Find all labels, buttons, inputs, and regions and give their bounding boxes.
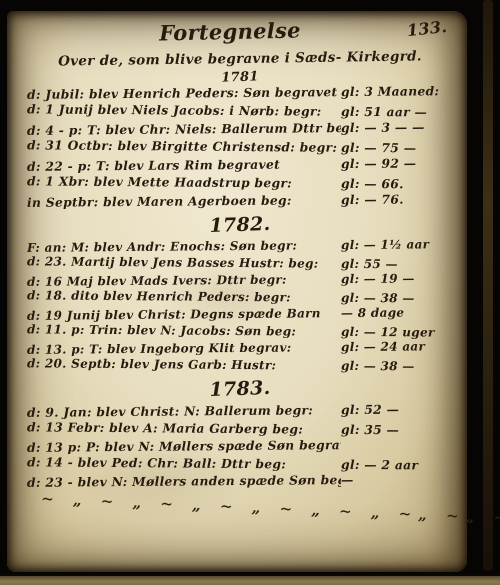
entry-text: d: 23. Martij blev Jens Basses Hustr: be… xyxy=(27,253,341,272)
entry-text: d: 13 Febr: blev A: Maria Garberg beg: xyxy=(27,418,341,438)
register-entry: d: 23 - blev N: Møllers anden spæde Søn … xyxy=(27,470,453,491)
entry-age: gl: — 19 — xyxy=(341,270,453,288)
entry-text: in Septbr: blev Maren Agerboen beg: xyxy=(27,191,341,212)
entry-age: gl: 3 Maaned: xyxy=(341,82,453,101)
entry-age: gl: — 92 — xyxy=(341,154,453,173)
entry-age: gl: 52 — xyxy=(341,400,453,418)
section-1783: d: 9. Jan: blev Christ: N: Ballerum begr… xyxy=(27,402,453,490)
entry-age: — 8 dage xyxy=(341,304,453,322)
page-number: 133. xyxy=(406,17,448,40)
entry-text: d: 11. p: Trin: blev N: Jacobs: Søn beg: xyxy=(27,321,341,340)
entry-text: d: 20. Septb: blev Jens Garb: Hustr: xyxy=(27,355,341,374)
document-title: Fortegnelse xyxy=(27,15,433,48)
entry-age xyxy=(341,448,453,449)
entry-age: gl: — 3 — — xyxy=(341,118,453,137)
section-1782: F: an: M: blev Andr: Enochs: Søn begr: g… xyxy=(27,238,453,374)
desk-surface xyxy=(0,574,500,585)
entry-text: d: 18. dito blev Henrich Peders: begr: xyxy=(27,287,341,306)
manuscript-page: Fortegnelse 133. Over de, som blive begr… xyxy=(7,11,467,572)
book-page-edge xyxy=(483,0,493,571)
entry-text: d: 31 Octbr: blev Birgitte Christensd: b… xyxy=(27,136,341,156)
entry-text: d: 1 Junij blev Niels Jacobs: i Nørb: be… xyxy=(27,100,341,120)
entry-text: d: 23 - blev N: Møllers anden spæde Søn … xyxy=(27,471,341,491)
entry-age: — xyxy=(341,470,453,488)
end-of-page-flourish: ∼ „ ∼ „ ∼ „ ∼ „ ∼ „ ∼ „ ∼„ ∼„ ∼„∼„ xyxy=(27,489,453,525)
entry-age: gl: — 24 aar xyxy=(341,338,453,356)
page-header: Fortegnelse 133. xyxy=(27,19,453,49)
scan-background: { "document": { "page_number": "133.", "… xyxy=(0,0,500,585)
entry-age: gl: — 1½ aar xyxy=(341,236,453,254)
entry-text: d: 14 - blev Ped: Chr: Ball: Dttr beg: xyxy=(27,453,341,473)
section-1781: d: Jubil: blev Henrich Peders: Søn begra… xyxy=(27,84,453,210)
entry-text: d: 1 Xbr: blev Mette Haadstrup begr: xyxy=(27,172,341,192)
